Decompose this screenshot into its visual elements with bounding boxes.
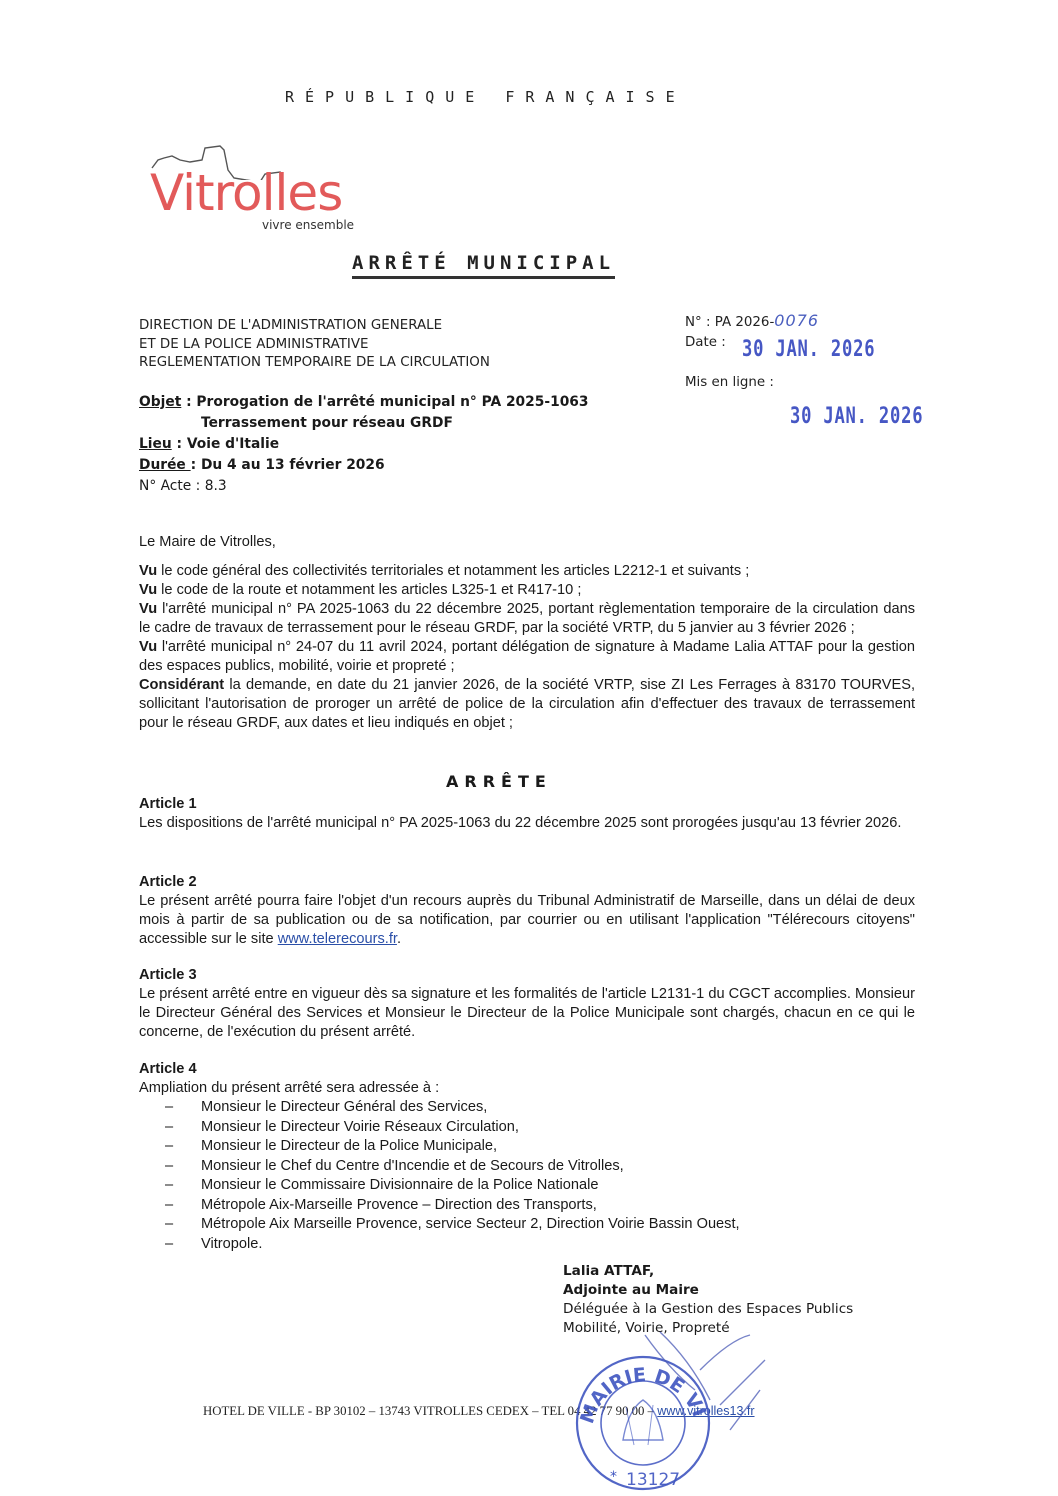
acte-number: N° Acte : 8.3: [139, 476, 589, 497]
signatory-role: Adjointe au Maire: [563, 1281, 853, 1300]
recipient-item: Monsieur le Directeur de la Police Munic…: [165, 1137, 915, 1157]
consideration-item: Vu le code général des collectivités ter…: [139, 562, 915, 581]
vitrolles-logo: Vitrolles vivre ensemble: [150, 140, 390, 235]
logo-tagline: vivre ensemble: [262, 218, 354, 232]
handwritten-signature-icon: [640, 1330, 770, 1440]
direction-block: DIRECTION DE L'ADMINISTRATION GENERALEET…: [139, 317, 490, 373]
recipient-item: Monsieur le Commissaire Divisionnaire de…: [165, 1176, 915, 1196]
recipient-item: Monsieur le Chef du Centre d'Incendie et…: [165, 1157, 915, 1177]
direction-line: ET DE LA POLICE ADMINISTRATIVE: [139, 336, 490, 355]
online-label: Mis en ligne :: [685, 373, 819, 393]
lieu-value: Voie d'Italie: [187, 436, 279, 452]
article-intro: Ampliation du présent arrêté sera adress…: [139, 1079, 915, 1098]
article-1: Article 1 Les dispositions de l'arrêté m…: [139, 795, 915, 833]
signatory-delegation: Déléguée à la Gestion des Espaces Public…: [563, 1300, 853, 1319]
date-stamp: 30 JAN. 2026: [742, 337, 875, 362]
article-3: Article 3 Le présent arrêté entre en vig…: [139, 966, 915, 1042]
telerecours-link[interactable]: www.telerecours.fr: [278, 931, 397, 947]
recipient-list: Monsieur le Directeur Général des Servic…: [139, 1098, 915, 1254]
online-date-stamp: 30 JAN. 2026: [790, 404, 923, 429]
recipient-item: Métropole Aix Marseille Provence, servic…: [165, 1215, 915, 1235]
mayor-salutation: Le Maire de Vitrolles,: [139, 533, 915, 552]
svg-text:13127: 13127: [626, 1470, 680, 1490]
article-text: Les dispositions de l'arrêté municipal n…: [139, 814, 915, 833]
lieu-label: Lieu: [139, 436, 172, 452]
recipient-item: Vitropole.: [165, 1235, 915, 1255]
recipient-item: Métropole Aix-Marseille Provence – Direc…: [165, 1196, 915, 1216]
consideration-item: Vu l'arrêté municipal n° 24-07 du 11 avr…: [139, 638, 915, 676]
article-title: Article 1: [139, 795, 915, 814]
signature-block: Lalia ATTAF, Adjointe au Maire Déléguée …: [563, 1262, 853, 1338]
document-title: ARRÊTÉ MUNICIPAL: [352, 252, 615, 279]
consideration-item: Considérant la demande, en date du 21 ja…: [139, 676, 915, 733]
duree-value: Du 4 au 13 février 2026: [201, 457, 385, 473]
subject-block: Objet : Prorogation de l'arrêté municipa…: [139, 392, 589, 497]
duree-label: Durée: [139, 457, 191, 473]
republic-header: RÉPUBLIQUE FRANÇAISE: [285, 88, 686, 106]
objet-value: Prorogation de l'arrêté municipal n° PA …: [196, 394, 588, 410]
signatory-name: Lalia ATTAF,: [563, 1262, 853, 1281]
logo-wordmark: Vitrolles: [150, 168, 342, 218]
direction-line: DIRECTION DE L'ADMINISTRATION GENERALE: [139, 317, 490, 336]
recipient-item: Monsieur le Directeur Voirie Réseaux Cir…: [165, 1118, 915, 1138]
consideration-item: Vu le code de la route et notamment les …: [139, 581, 915, 600]
article-text: Le présent arrêté pourra faire l'objet d…: [139, 892, 915, 949]
recipient-item: Monsieur le Directeur Général des Servic…: [165, 1098, 915, 1118]
article-4: Article 4 Ampliation du présent arrêté s…: [139, 1060, 915, 1254]
objet-label: Objet: [139, 394, 181, 410]
article-text: Le présent arrêté entre en vigueur dès s…: [139, 985, 915, 1042]
article-title: Article 2: [139, 873, 915, 892]
article-title: Article 4: [139, 1060, 915, 1079]
article-title: Article 3: [139, 966, 915, 985]
direction-line: REGLEMENTATION TEMPORAIRE DE LA CIRCULAT…: [139, 354, 490, 373]
consideration-item: Vu l'arrêté municipal n° PA 2025-1063 du…: [139, 600, 915, 638]
article-2: Article 2 Le présent arrêté pourra faire…: [139, 873, 915, 949]
handwritten-number: 0076: [774, 311, 819, 330]
objet-value-line2: Terrassement pour réseau GRDF: [139, 413, 589, 434]
considerations: Vu le code général des collectivités ter…: [139, 562, 915, 733]
decision-heading: ARRÊTE: [446, 772, 552, 791]
reference-number: N° : PA 2026-0076: [685, 311, 819, 333]
svg-text:*: *: [610, 1469, 617, 1485]
